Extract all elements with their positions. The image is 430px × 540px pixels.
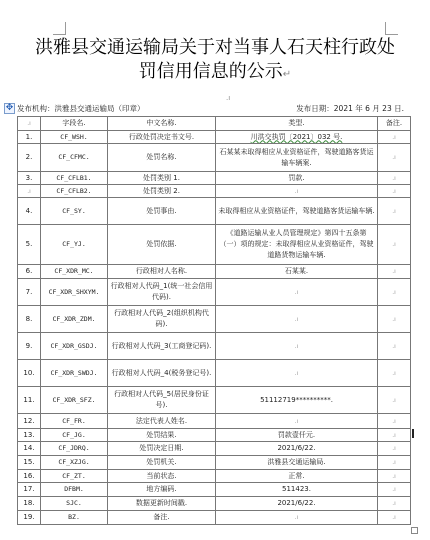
cell-note[interactable]: .ı <box>378 387 411 414</box>
cell-name-text: 行政相对人代码_1(统一社会信用代码). <box>111 282 213 301</box>
cell-value[interactable]: 511423. <box>216 483 378 497</box>
cell-name-text: 处罚机关. <box>146 458 176 466</box>
cell-field-text: CF_FR. <box>62 417 85 425</box>
text-cursor <box>412 429 414 438</box>
table-row: 11.CF_XDR_SFZ.行政相对人代码_5(居民身份证号).51112719… <box>18 387 411 414</box>
cell-field[interactable]: CF_CFMC. <box>41 144 108 172</box>
cell-value[interactable]: 罚款. <box>216 172 378 185</box>
cell-field-text: CF_WSH. <box>60 133 87 141</box>
cell-field[interactable]: CF_XDR_GSDJ. <box>41 333 108 360</box>
table-row: 15.CF_XZJG.处罚机关.洪雅县交通运输局..ı <box>18 456 411 470</box>
cell-name[interactable]: 行政相对人代码_2(组织机构代码). <box>108 306 216 333</box>
cell-end-marker: .ı <box>392 316 396 323</box>
cell-end-marker: .ı <box>392 343 396 350</box>
cell-field-text: CF_YJ. <box>62 240 85 248</box>
cell-value-text: 未取得相应从业资格证件，驾驶道路客货运输车辆. <box>218 207 374 215</box>
cell-field-text: CF_XDR_SWDJ. <box>51 369 98 377</box>
header-cell-type[interactable]: 类型. <box>216 117 378 131</box>
cell-value[interactable]: .ı <box>216 511 378 525</box>
cell-name-text: 行政相对人名称. <box>136 267 187 275</box>
table-row: 6.CF_XDR_MC.行政相对人名称.石某某..ı <box>18 265 411 279</box>
cell-note[interactable]: .ı <box>378 144 411 172</box>
cell-value[interactable]: 2021/6/22. <box>216 497 378 511</box>
cell-no-text: 15. <box>23 458 34 466</box>
cell-no[interactable]: 11. <box>18 387 41 414</box>
cell-value-text: 罚款. <box>288 174 304 182</box>
cell-note[interactable]: .ı <box>378 456 411 470</box>
cell-end-marker: .ı <box>392 500 396 507</box>
cell-no[interactable]: 2. <box>18 144 41 172</box>
cell-field[interactable]: CF_CFLB2. <box>41 185 108 198</box>
table-row: 16.CF_ZT.当前状态.正常..ı <box>18 470 411 483</box>
cell-end-marker: .ı <box>392 486 396 493</box>
cell-name-text: 法定代表人姓名. <box>136 417 187 425</box>
cell-field-text: CF_CFMC. <box>58 153 89 161</box>
cell-no-text: 6. <box>26 267 33 275</box>
cell-end-marker: .ı <box>392 268 396 275</box>
cell-field-text: CF_XDR_ZDM. <box>52 315 95 323</box>
cell-field[interactable]: CF_XDR_MC. <box>41 265 108 279</box>
header-cell-no[interactable]: .ı <box>18 117 41 131</box>
table-row: 4.CF_SY.处罚事由.未取得相应从业资格证件，驾驶道路客货运输车辆..ı <box>18 198 411 225</box>
cell-name[interactable]: 行政处罚决定书文号. <box>108 131 216 144</box>
cell-no-text: 2. <box>26 153 33 161</box>
cell-no[interactable]: 7. <box>18 279 41 306</box>
cell-name-text: 处罚决定日期. <box>139 444 183 452</box>
cell-field-text: CF_SY. <box>62 207 85 215</box>
cell-value[interactable]: .ı <box>216 185 378 198</box>
cell-name[interactable]: 行政相对人代码_3(工商登记码). <box>108 333 216 360</box>
cell-no-text: 18. <box>23 499 34 507</box>
cell-no-text: 16. <box>23 472 34 480</box>
cell-field[interactable]: CF_XDR_ZDM. <box>41 306 108 333</box>
cell-no-text: 19. <box>23 513 34 521</box>
cell-note[interactable]: .ı <box>378 360 411 387</box>
cell-end-marker: .ı <box>392 370 396 377</box>
cell-value-text: 《道路运输从业人员管理规定》第四十五条第（一）项的规定：未取得相应从业资格证件，… <box>220 229 374 259</box>
cell-end-marker: .ı <box>392 241 396 248</box>
cell-field[interactable]: CF_XDR_SFZ. <box>41 387 108 414</box>
table-row: 10.CF_XDR_SWDJ.行政相对人代码_4(税务登记号)..ı.ı <box>18 360 411 387</box>
cell-value[interactable]: 石某某. <box>216 265 378 279</box>
cell-field[interactable]: CF_CFLB1. <box>41 172 108 185</box>
cell-no[interactable]: .ı <box>18 185 41 198</box>
cell-name-text: 处罚结果. <box>146 431 176 439</box>
header-cell-field[interactable]: 字段名. <box>41 117 108 131</box>
cell-field[interactable]: CF_JG. <box>41 429 108 442</box>
table-row: .ıCF_CFLB2.处罚类别 2..ı.ı <box>18 185 411 198</box>
cell-value[interactable]: .ı <box>216 414 378 429</box>
cell-value-text: 正常. <box>288 472 304 480</box>
cell-value[interactable]: .ı <box>216 279 378 306</box>
cell-no-text: 7. <box>26 288 33 296</box>
cell-name-text: 地方编码. <box>146 485 176 493</box>
cell-name[interactable]: 法定代表人姓名. <box>108 414 216 429</box>
cell-field[interactable]: CF_SY. <box>41 198 108 225</box>
cell-value-text: 2021/6/22. <box>277 499 315 507</box>
cell-note[interactable]: .ı <box>378 198 411 225</box>
cell-end-marker: .ı <box>295 188 299 195</box>
cell-name[interactable]: 处罚结果. <box>108 429 216 442</box>
cell-value[interactable]: .ı <box>216 360 378 387</box>
publish-date-label: 发布日期：2021 年 6 月 23 日. <box>296 103 404 114</box>
cell-name-text: 数据更新时间戳. <box>136 499 187 507</box>
cell-no-text: 17. <box>23 485 34 493</box>
cell-value-text: 洪雅县交通运输局. <box>267 458 325 466</box>
cell-field[interactable]: CF_XZJG. <box>41 456 108 470</box>
paragraph-return-icon: ↵ <box>283 69 291 80</box>
cell-field-text: CF_JDRQ. <box>58 444 89 452</box>
cell-note[interactable]: .ı <box>378 185 411 198</box>
table-row: 9.CF_XDR_GSDJ.行政相对人代码_3(工商登记码)..ı.ı <box>18 333 411 360</box>
cell-end-marker: .ı <box>392 514 396 521</box>
cell-field[interactable]: CF_YJ. <box>41 225 108 265</box>
cell-no-text: 9. <box>26 342 33 350</box>
cell-value[interactable]: 石某某未取得相应从业资格证件，驾驶道路客货运输车辆案. <box>216 144 378 172</box>
cell-field-text: CF_ZT. <box>62 472 85 480</box>
cell-no[interactable]: 19. <box>18 511 41 525</box>
cell-value[interactable]: 川洪交执罚〔2021〕032 号. <box>216 131 378 144</box>
cell-field-text: CF_XDR_GSDJ. <box>51 342 98 350</box>
cell-name-text: 行政处罚决定书文号. <box>129 133 194 141</box>
table-row: 2.CF_CFMC.处罚名称.石某某未取得相应从业资格证件，驾驶道路客货运输车辆… <box>18 144 411 172</box>
cell-field[interactable]: BZ. <box>41 511 108 525</box>
cell-end-marker: .ı <box>27 188 31 195</box>
table-row: 7.CF_XDR_SHXYM.行政相对人代码_1(统一社会信用代码)..ı.ı <box>18 279 411 306</box>
crop-mark-top-left <box>53 22 66 35</box>
cell-name-text: 处罚类别 1. <box>143 174 180 182</box>
cell-no[interactable]: 16. <box>18 470 41 483</box>
cell-field[interactable]: CF_WSH. <box>41 131 108 144</box>
cell-name[interactable]: 地方编码. <box>108 483 216 497</box>
cell-value[interactable]: .ı <box>216 333 378 360</box>
cell-note[interactable]: .ı <box>378 131 411 144</box>
cell-field[interactable]: CF_XDR_SWDJ. <box>41 360 108 387</box>
cell-name[interactable]: 行政相对人代码_5(居民身份证号). <box>108 387 216 414</box>
cell-no[interactable]: 5. <box>18 225 41 265</box>
cell-no[interactable]: 14. <box>18 442 41 456</box>
cell-field[interactable]: CF_ZT. <box>41 470 108 483</box>
cell-end-marker: .ı <box>392 188 396 195</box>
cell-field-text: CF_XDR_SFZ. <box>52 396 95 404</box>
cell-note[interactable]: .ı <box>378 225 411 265</box>
cell-field[interactable]: DFBM. <box>41 483 108 497</box>
cell-value[interactable]: 2021/6/22. <box>216 442 378 456</box>
move-cross-icon[interactable]: ✥ <box>4 103 15 114</box>
cell-note[interactable]: .ı <box>378 511 411 525</box>
cell-name[interactable]: 处罚决定日期. <box>108 442 216 456</box>
cell-value-text: 石某某. <box>285 267 308 275</box>
cell-name[interactable]: 处罚机关. <box>108 456 216 470</box>
cell-note[interactable]: .ı <box>378 279 411 306</box>
title-line-2: 罚信用信息的公示 <box>139 61 283 82</box>
cell-name-text: 行政相对人代码_4(税务登记号). <box>112 369 212 377</box>
cell-note[interactable]: .ı <box>378 306 411 333</box>
cell-no-text: 13. <box>23 431 34 439</box>
cell-end-marker: .ı <box>392 473 396 480</box>
cell-value[interactable]: 未取得相应从业资格证件，驾驶道路客货运输车辆. <box>216 198 378 225</box>
cell-field[interactable]: CF_JDRQ. <box>41 442 108 456</box>
cell-end-marker: .ı <box>392 154 396 161</box>
cell-field[interactable]: CF_XDR_SHXYM. <box>41 279 108 306</box>
cell-note[interactable]: .ı <box>378 265 411 279</box>
cell-value[interactable]: 正常. <box>216 470 378 483</box>
table-row: 18.SJC.数据更新时间戳.2021/6/22..ı <box>18 497 411 511</box>
table-row: 1.CF_WSH.行政处罚决定书文号.川洪交执罚〔2021〕032 号..ı <box>18 131 411 144</box>
table-row: 5.CF_YJ.处罚依据.《道路运输从业人员管理规定》第四十五条第（一）项的规定… <box>18 225 411 265</box>
cell-no[interactable]: 9. <box>18 333 41 360</box>
cell-value-text: 川洪交执罚〔2021〕032 号. <box>251 133 343 141</box>
cell-end-marker: .ı <box>295 514 299 521</box>
cell-end-marker: .ı <box>295 418 299 425</box>
cell-no-text: 11. <box>23 396 34 404</box>
crop-mark-top-right <box>385 22 398 35</box>
cell-note[interactable]: .ı <box>378 470 411 483</box>
cell-field-text: CF_XDR_MC. <box>54 267 93 275</box>
cell-end-marker: .ı <box>295 343 299 350</box>
table-resize-handle[interactable] <box>411 527 418 534</box>
table-row: 17.DFBM.地方编码.511423..ı <box>18 483 411 497</box>
cell-end-marker: .ı <box>392 397 396 404</box>
table-row: 3.CF_CFLB1.处罚类别 1.罚款..ı <box>18 172 411 185</box>
cell-note[interactable]: .ı <box>378 497 411 511</box>
cell-no[interactable]: 17. <box>18 483 41 497</box>
cell-name-text: 处罚名称. <box>146 153 176 161</box>
table-row: 19.BZ.备注..ı.ı <box>18 511 411 525</box>
cell-name[interactable]: 处罚事由. <box>108 198 216 225</box>
cell-no[interactable]: 13. <box>18 429 41 442</box>
cell-value[interactable]: 51112719**********. <box>216 387 378 414</box>
table-row: 13.CF_JG.处罚结果.罚款壹仟元..ı <box>18 429 411 442</box>
table-row: 12.CF_FR.法定代表人姓名..ı.ı <box>18 414 411 429</box>
cell-name-text: 处罚事由. <box>146 207 176 215</box>
cell-name[interactable]: 处罚依据. <box>108 225 216 265</box>
cell-no-text: 5. <box>26 240 33 248</box>
cell-name-text: 行政相对人代码_2(组织机构代码). <box>114 309 209 328</box>
cell-no-text: 3. <box>26 174 33 182</box>
cell-value-text: 2021/6/22. <box>277 444 315 452</box>
cell-name[interactable]: 备注. <box>108 511 216 525</box>
cell-no[interactable]: 6. <box>18 265 41 279</box>
cell-note[interactable]: .ı <box>378 414 411 429</box>
cell-end-marker: .ı <box>392 289 396 296</box>
cell-end-marker: .ı <box>392 432 396 439</box>
cell-field-text: CF_XZJG. <box>58 458 89 466</box>
cell-value[interactable]: .ı <box>216 306 378 333</box>
cell-field[interactable]: CF_FR. <box>41 414 108 429</box>
cell-name[interactable]: 行政相对人代码_1(统一社会信用代码). <box>108 279 216 306</box>
cell-end-marker: .ı <box>392 208 396 215</box>
cell-no[interactable]: 18. <box>18 497 41 511</box>
cell-name[interactable]: 处罚类别 2. <box>108 185 216 198</box>
cell-no[interactable]: 1. <box>18 131 41 144</box>
cell-name[interactable]: 行政相对人代码_4(税务登记号). <box>108 360 216 387</box>
cell-value-text: 511423. <box>282 485 311 493</box>
cell-note[interactable]: .ı <box>378 483 411 497</box>
cell-field-text: CF_CFLB2. <box>56 187 91 195</box>
cell-name[interactable]: 处罚类别 1. <box>108 172 216 185</box>
cell-no[interactable]: 8. <box>18 306 41 333</box>
cell-end-marker: .ı <box>295 370 299 377</box>
cell-no[interactable]: 10. <box>18 360 41 387</box>
credit-info-table: .ı 字段名. 中文名称. 类型. 备注. 1.CF_WSH.行政处罚决定书文号… <box>17 116 411 525</box>
cell-no[interactable]: 12. <box>18 414 41 429</box>
title-line-1: 洪雅县交通运输局关于对当事人石天柱行政处 <box>30 36 400 60</box>
cell-name-text: 处罚依据. <box>146 240 176 248</box>
cell-no[interactable]: 3. <box>18 172 41 185</box>
cell-end-marker: .ı <box>295 316 299 323</box>
header-cell-name[interactable]: 中文名称. <box>108 117 216 131</box>
cell-name[interactable]: 当前状态. <box>108 470 216 483</box>
cell-field-text: CF_CFLB1. <box>56 174 91 182</box>
cell-end-marker: .ı <box>392 418 396 425</box>
publisher-label: 发布机构：洪雅县交通运输局（印章） <box>17 103 145 114</box>
cell-no-text: 14. <box>23 444 34 452</box>
table-header-row: .ı 字段名. 中文名称. 类型. 备注. <box>18 117 411 131</box>
cell-no-text: 1. <box>26 133 33 141</box>
cell-value[interactable]: 洪雅县交通运输局. <box>216 456 378 470</box>
cell-no-text: 8. <box>26 315 33 323</box>
cell-no-text: 12. <box>23 417 34 425</box>
cell-value-text: 罚款壹仟元. <box>278 431 315 439</box>
cell-name[interactable]: 行政相对人名称. <box>108 265 216 279</box>
cell-name-text: 行政相对人代码_5(居民身份证号). <box>114 390 209 409</box>
cell-end-marker: .ı <box>295 289 299 296</box>
cell-field-text: DFBM. <box>64 485 84 493</box>
cell-note[interactable]: .ı <box>378 333 411 360</box>
cell-note[interactable]: .ı <box>378 429 411 442</box>
empty-paragraph-mark: .ı <box>226 94 230 102</box>
cell-field-text: CF_XDR_SHXYM. <box>49 288 100 296</box>
cell-name[interactable]: 处罚名称. <box>108 144 216 172</box>
cell-value-text: 51112719**********. <box>260 396 333 404</box>
document-title: 洪雅县交通运输局关于对当事人石天柱行政处 罚信用信息的公示↵ <box>30 36 400 87</box>
cell-field[interactable]: SJC. <box>41 497 108 511</box>
header-cell-note[interactable]: 备注. <box>378 117 411 131</box>
cell-field-text: BZ. <box>68 513 80 521</box>
cell-no-text: 10. <box>23 369 34 377</box>
cell-value-text: 石某某未取得相应从业资格证件，驾驶道路客货运输车辆案. <box>220 148 374 167</box>
cell-field-text: CF_JG. <box>62 431 85 439</box>
table-row: 8.CF_XDR_ZDM.行政相对人代码_2(组织机构代码)..ı.ı <box>18 306 411 333</box>
cell-name-text: 行政相对人代码_3(工商登记码). <box>112 342 212 350</box>
cell-end-marker: .ı <box>392 459 396 466</box>
cell-end-marker: .ı <box>392 445 396 452</box>
cell-end-marker: .ı <box>392 134 396 141</box>
cell-name-text: 备注. <box>153 513 169 521</box>
cell-end-marker: .ı <box>392 175 396 182</box>
cell-value[interactable]: 罚款壹仟元. <box>216 429 378 442</box>
cell-name-text: 当前状态. <box>146 472 176 480</box>
cell-no-text: 4. <box>26 207 33 215</box>
table-row: 14.CF_JDRQ.处罚决定日期.2021/6/22..ı <box>18 442 411 456</box>
cell-value[interactable]: 《道路运输从业人员管理规定》第四十五条第（一）项的规定：未取得相应从业资格证件，… <box>216 225 378 265</box>
cell-note[interactable]: .ı <box>378 442 411 456</box>
cell-field-text: SJC. <box>66 499 82 507</box>
cell-name-text: 处罚类别 2. <box>143 187 180 195</box>
cell-name[interactable]: 数据更新时间戳. <box>108 497 216 511</box>
cell-note[interactable]: .ı <box>378 172 411 185</box>
cell-no[interactable]: 4. <box>18 198 41 225</box>
cell-no[interactable]: 15. <box>18 456 41 470</box>
